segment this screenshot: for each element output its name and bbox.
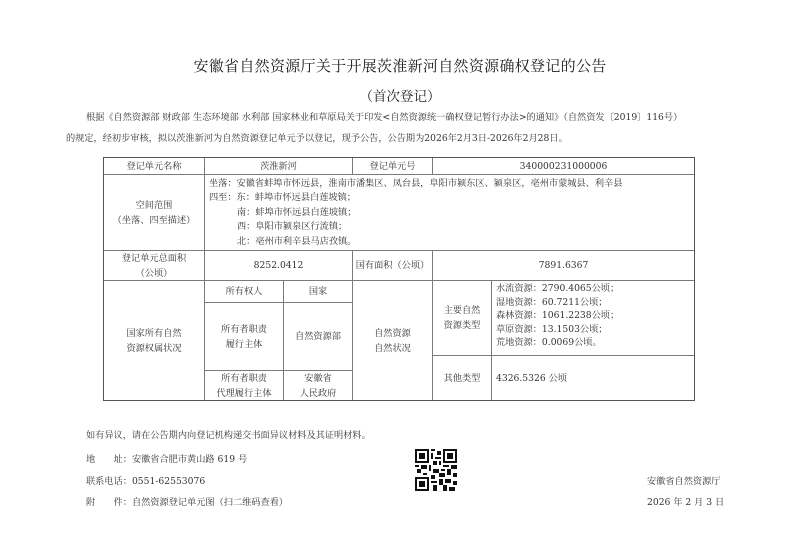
document-subtitle: （首次登记） — [0, 85, 800, 105]
intro-line-1: 根据《自然资源部 财政部 生态环境部 水利部 国家林业和草原局关于印发<自然资源… — [86, 112, 682, 123]
main-resource-type-label-line2: 资源类型 — [444, 318, 481, 333]
resource-forest: 森林资源：1061.2238公顷； — [496, 309, 619, 323]
objection-notice: 如有异议，请在公告期内向登记机构递交书面异议材料及其证明材料。 — [86, 427, 371, 441]
intro-paragraph: 根据《自然资源部 财政部 生态环境部 水利部 国家林业和草原局关于印发<自然资源… — [66, 107, 746, 149]
ownership-status-label-line1: 国家所有自然 — [126, 326, 181, 341]
unit-name-value: 茨淮新河 — [204, 157, 353, 175]
attachment-label: 附 件： — [86, 497, 132, 508]
main-resource-list: 水流资源：2790.4065公顷； 湿地资源：60.7211公顷； 森林资源：1… — [491, 280, 695, 356]
agent-label-line2: 代理履行主体 — [216, 386, 271, 401]
agent-value-line2: 人民政府 — [300, 386, 337, 401]
qr-code-icon[interactable] — [415, 449, 457, 491]
duty-label-line2: 履行主体 — [226, 337, 263, 352]
state-area-label: 国有面积（公顷） — [352, 250, 433, 281]
ownership-status-label-line2: 资源权属状况 — [126, 341, 181, 356]
document-title: 安徽省自然资源厅关于开展茨淮新河自然资源确权登记的公告 — [0, 55, 800, 76]
state-area-value: 7891.6367 — [432, 250, 695, 281]
agent-label: 所有者职责 代理履行主体 — [204, 370, 284, 401]
main-resource-type-label: 主要自然 资源类型 — [432, 280, 492, 356]
boundary-west: 西：阜阳市颍泉区行流镇； — [209, 220, 347, 234]
unit-id-value: 340000231000006 — [432, 157, 695, 175]
attachment-value: 自然资源登记单元图（扫二维码查看） — [132, 497, 288, 508]
boundary-north: 北：亳州市利辛县马店孜镇。 — [209, 235, 356, 249]
owner-label: 所有权人 — [204, 280, 284, 303]
duty-label: 所有者职责 履行主体 — [204, 302, 284, 371]
agent-label-line1: 所有者职责 — [221, 371, 267, 386]
unit-name-label: 登记单元名称 — [103, 157, 205, 175]
boundary-east: 四至：东：蚌埠市怀远县白莲坡镇； — [209, 191, 356, 205]
spatial-range-label-line1: 空间范围 — [136, 198, 173, 213]
phone-value: 0551-62553076 — [132, 476, 205, 487]
phone-line: 联系电话：0551-62553076 — [86, 473, 205, 487]
issue-date: 2026 年 2 月 3 日 — [647, 494, 724, 508]
resource-wetland: 湿地资源：60.7211公顷； — [496, 296, 608, 310]
address-label: 地 址： — [86, 454, 132, 465]
total-area-label-line2: （公顷） — [136, 266, 173, 281]
unit-id-label: 登记单元号 — [352, 157, 433, 175]
natural-status-label-line2: 自然状况 — [374, 341, 411, 356]
duty-label-line1: 所有者职责 — [221, 322, 267, 337]
owner-value: 国家 — [283, 280, 353, 303]
natural-status-label-line1: 自然资源 — [374, 326, 411, 341]
location-text: 坐落：安徽省蚌埠市怀远县，淮南市潘集区、凤台县，阜阳市颍东区、颍泉区，亳州市蒙城… — [209, 177, 622, 191]
spatial-range-value: 坐落：安徽省蚌埠市怀远县，淮南市潘集区、凤台县，阜阳市颍东区、颍泉区，亳州市蒙城… — [204, 174, 695, 251]
other-type-label: 其他类型 — [432, 355, 492, 401]
spatial-range-label: 空间范围 （坐落、四至描述） — [103, 174, 205, 251]
attachment-line: 附 件：自然资源登记单元图（扫二维码查看） — [86, 494, 288, 508]
duty-value: 自然资源部 — [283, 302, 353, 371]
other-type-value: 4326.5326 公顷 — [491, 355, 695, 401]
agent-value: 安徽省 人民政府 — [283, 370, 353, 401]
total-area-label: 登记单元总面积 （公顷） — [103, 250, 205, 281]
address-line: 地 址：安徽省合肥市黄山路 619 号 — [86, 451, 247, 465]
address-value: 安徽省合肥市黄山路 619 号 — [132, 454, 247, 465]
agent-value-line1: 安徽省 — [304, 371, 332, 386]
natural-status-label: 自然资源 自然状况 — [352, 280, 433, 401]
resource-grassland: 草原资源：13.1503公顷； — [496, 323, 608, 337]
total-area-label-line1: 登记单元总面积 — [122, 251, 186, 266]
phone-label: 联系电话： — [86, 476, 132, 487]
spatial-range-label-line2: （坐落、四至描述） — [113, 213, 196, 228]
registration-table: 登记单元名称 茨淮新河 登记单元号 340000231000006 空间范围 （… — [103, 157, 695, 401]
ownership-status-label: 国家所有自然 资源权属状况 — [103, 280, 205, 401]
intro-line-2: 的规定，经初步审核，拟以茨淮新河为自然资源登记单元予以登记，现予公告，公告期为2… — [46, 128, 568, 149]
boundary-south: 南：蚌埠市怀远县白莲坡镇； — [209, 206, 356, 220]
main-resource-type-label-line1: 主要自然 — [444, 303, 481, 318]
resource-water: 水流资源：2790.4065公顷； — [496, 282, 619, 296]
total-area-value: 8252.0412 — [204, 250, 353, 281]
issuer-name: 安徽省自然资源厅 — [647, 473, 721, 487]
resource-wasteland: 荒地资源：0.0069公顷。 — [496, 336, 602, 350]
